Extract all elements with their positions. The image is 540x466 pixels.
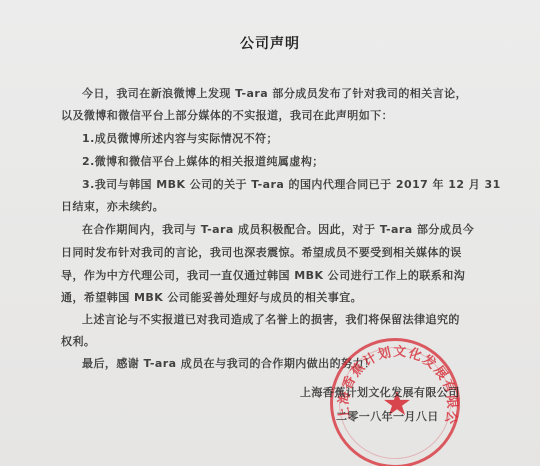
paragraph-legal-line-1: 上述言论与不实报道已对我司造成了名誉上的损害，我们将保留法律追究的 [82, 311, 460, 327]
list-item-2: 2.微博和微信平台上媒体的相关报道纯属虚构； [82, 153, 324, 169]
signature-company: 上海香蕉计划文化发展有限公司 [300, 384, 460, 400]
paragraph-intro-line-2: 以及微博和微信平台上部分媒体的不实报道，我司在此声明如下： [61, 107, 393, 123]
list-item-1: 1.成员微博所述内容与实际情况不符； [82, 130, 278, 146]
paragraph-cooperation-line-3: 导，作为中方代理公司，我司一直仅通过韩国 MBK 公司进行工作上的联系和沟 [61, 267, 465, 283]
signature-date: 二零一八年一月八日 [336, 408, 439, 424]
paragraph-closing: 最后，感谢 T-ara 成员在与我司的合作期内做出的努力！ [82, 355, 375, 371]
company-seal-stamp: 上海香蕉计划文化发展有限公司 ★ [330, 338, 460, 466]
document-title: 公司声明 [0, 33, 540, 53]
statement-document: 公司声明 今日，我司在新浪微博上发现 T-ara 部分成员发布了针对我司的相关言… [0, 0, 540, 466]
paragraph-cooperation-line-2: 日同时发布针对我司的言论，我司也深表震惊。希望成员不要受到相关媒体的误 [61, 244, 462, 260]
list-item-3-line-2: 日结束，亦未续约。 [61, 198, 164, 214]
list-item-3-line-1: 3.我司与韩国 MBK 公司的关于 T-ara 的国内代理合同已于 2017 年… [82, 176, 501, 192]
paragraph-intro-line-1: 今日，我司在新浪微博上发现 T-ara 部分成员发布了针对我司的相关言论， [82, 85, 467, 101]
paragraph-cooperation-line-1: 在合作期间内，我司与 T-ara 成员积极配合。因此，对于 T-ara 部分成员… [82, 221, 474, 237]
paragraph-legal-line-2: 权利。 [61, 333, 95, 349]
paragraph-cooperation-line-4: 通，希望韩国 MBK 公司能妥善处理好与成员的相关事宜。 [61, 289, 362, 305]
